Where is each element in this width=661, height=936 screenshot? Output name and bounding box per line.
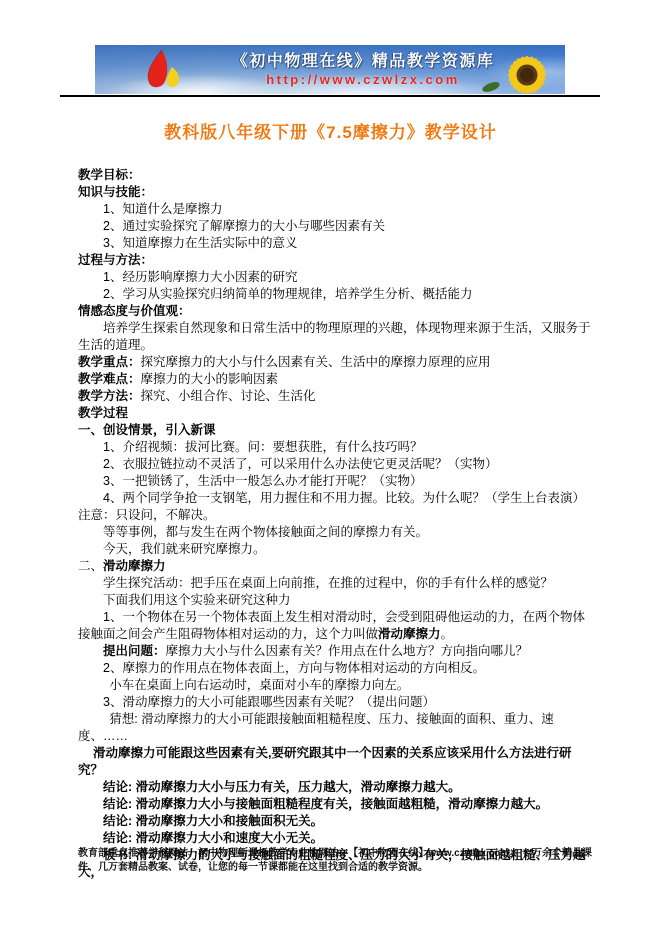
text: 3、知道摩擦力在生活实际中的意义 [103, 236, 297, 250]
site-name: 《初中物理在线》精品教学资源库 [213, 48, 513, 71]
paragraph: 4、两个同学争抢一支钢笔，用力握住和不用力握。比较。为什么呢？（学生上台表演） … [78, 490, 594, 524]
paragraph: 知识与技能： [78, 184, 594, 201]
paragraph: 教学目标： [78, 167, 594, 184]
paragraph: 2、学习从实验探究归纳简单的物理规律，培养学生分析、概括能力 [78, 286, 594, 303]
paragraph: 1、知道什么是摩擦力 [78, 201, 594, 218]
paragraph: 下面我们用这个实验来研究这种力 [78, 592, 594, 609]
bold-text: 结论: 滑动摩擦力大小与压力有关，压力越大，滑动摩擦力越大。 [103, 780, 461, 794]
text: 2、衣服拉链拉动不灵活了，可以采用什么办法使它更灵活呢？（实物） [103, 457, 497, 471]
paragraph: 结论: 滑动摩擦力大小与接触面粗糙程度有关，接触面越粗糙，滑动摩擦力越大。 [78, 796, 594, 813]
text: 探究、小组合作、讨论、生活化 [141, 389, 316, 403]
text: 4、两个同学争抢一支钢笔，用力握住和不用力握。比较。为什么呢？（学生上台表演） … [78, 491, 595, 522]
paragraph: 学生探究活动：把手压在桌面上向前推，在推的过程中，你的手有什么样的感觉？ [78, 575, 594, 592]
flame-logo-icon [131, 48, 189, 92]
text: 1、经历影响摩擦力大小因素的研究 [103, 270, 297, 284]
sunflower-icon [477, 45, 563, 94]
bold-text: 结论: 滑动摩擦力大小与接触面粗糙程度有关，接触面越粗糙，滑动摩擦力越大。 [103, 797, 548, 811]
text: 猜想: 滑动摩擦力的大小可能跟接触面粗糙程度、压力、接触面的面积、重力、速度、…… [78, 712, 554, 743]
bold-text: 教学目标： [78, 168, 141, 182]
paragraph: 滑动摩擦力可能跟这些因素有关,要研究跟其中一个因素的关系应该采用什么方法进行研究… [78, 745, 594, 779]
text: 摩擦力大小与什么因素有关？作用点在什么地方？方向指向哪儿？ [166, 644, 529, 658]
document-body: 教学目标：知识与技能：1、知道什么是摩擦力2、通过实验探究了解摩擦力的大小与哪些… [78, 167, 594, 881]
bold-text: 情感态度与价值观： [78, 304, 191, 318]
bold-text: 教学难点： [78, 372, 141, 386]
text: 2、通过实验探究了解摩擦力的大小与哪些因素有关 [103, 219, 385, 233]
paragraph: 一、创设情景，引入新课 [78, 422, 594, 439]
text: 摩擦力的大小的影响因素 [141, 372, 279, 386]
text: 等等事例，都与发生在两个物体接触面之间的摩擦力有关。 [103, 525, 428, 539]
paragraph: 提出问题：摩擦力大小与什么因素有关？作用点在什么地方？方向指向哪儿？ [78, 643, 594, 660]
paragraph: 2、通过实验探究了解摩擦力的大小与哪些因素有关 [78, 218, 594, 235]
paragraph: 等等事例，都与发生在两个物体接触面之间的摩擦力有关。 [78, 524, 594, 541]
text: 1、一个物体在另一个物体表面上发生相对滑动时，会受到阻碍他运动的力，在两个物体接… [78, 610, 585, 641]
paragraph: 1、经历影响摩擦力大小因素的研究 [78, 269, 594, 286]
text: 2、摩擦力的作用点在物体表面上，方向与物体相对运动的方向相反。 [103, 661, 485, 675]
text: 今天，我们就来研究摩擦力。 [103, 542, 266, 556]
site-banner: 《初中物理在线》精品教学资源库 http://www.czwlzx.com [95, 45, 565, 94]
text: 培养学生探索自然现象和日常生活中的物理原理的兴趣，体现物理来源于生活，又服务于生… [78, 321, 591, 352]
text: 。 [441, 627, 454, 641]
paragraph: 情感态度与价值观： [78, 303, 594, 320]
bold-text: 教学过程 [78, 406, 128, 420]
paragraph: 1、介绍视频：拔河比赛。问：要想获胜，有什么技巧吗？ [78, 439, 594, 456]
paragraph: 1、一个物体在另一个物体表面上发生相对滑动时，会受到阻碍他运动的力，在两个物体接… [78, 609, 594, 643]
bold-text: 滑动摩擦力 [378, 627, 441, 641]
bold-text: 知识与技能： [78, 185, 153, 199]
paragraph: 结论: 滑动摩擦力大小与压力有关，压力越大，滑动摩擦力越大。 [78, 779, 594, 796]
bold-text: 结论: 滑动摩擦力大小和接触面积无关。 [103, 814, 323, 828]
paragraph: 猜想: 滑动摩擦力的大小可能跟接触面粗糙程度、压力、接触面的面积、重力、速度、…… [78, 711, 594, 745]
paragraph: 3、滑动摩擦力的大小可能跟哪些因素有关呢？（提出问题） [78, 694, 594, 711]
text: 探究摩擦力的大小与什么因素有关、生活中的摩擦力原理的应用 [141, 355, 491, 369]
bold-text: 滑动摩擦力可能跟这些因素有关,要研究跟其中一个因素的关系应该采用什么方法进行研究… [78, 746, 571, 777]
paragraph: 二、滑动摩擦力 [78, 558, 594, 575]
site-url: http://www.czwlzx.com [213, 72, 513, 87]
paragraph: 教学方法：探究、小组合作、讨论、生活化 [78, 388, 594, 405]
bold-text: 滑动摩擦力 [103, 559, 166, 573]
paragraph: 3、知道摩擦力在生活实际中的意义 [78, 235, 594, 252]
bold-text: 教学重点： [78, 355, 141, 369]
paragraph: 小车在桌面上向右运动时，桌面对小车的摩擦力向左。 [78, 677, 594, 694]
paragraph: 2、衣服拉链拉动不灵活了，可以采用什么办法使它更灵活呢？（实物） [78, 456, 594, 473]
paragraph: 教学难点：摩擦力的大小的影响因素 [78, 371, 594, 388]
text: 3、滑动摩擦力的大小可能跟哪些因素有关呢？（提出问题） [103, 695, 435, 709]
bold-text: 一、创设情景，引入新课 [78, 423, 216, 437]
text: 小车在桌面上向右运动时，桌面对小车的摩擦力向左。 [109, 678, 409, 692]
text: 3、一把锁锈了，生活中一般怎么办才能打开呢？（实物） [103, 474, 422, 488]
bold-text: 教学方法： [78, 389, 141, 403]
paragraph: 过程与方法： [78, 252, 594, 269]
paragraph: 今天，我们就来研究摩擦力。 [78, 541, 594, 558]
bold-text: 结论: 滑动摩擦力大小和速度大小无关。 [103, 831, 323, 845]
footer-note: 教育部重点推荐学科网站、初中物理新课标教学专业性网站---【初中物理在线】www… [78, 847, 592, 875]
header-divider [60, 95, 600, 97]
paragraph: 教学过程 [78, 405, 594, 422]
text: 下面我们用这个实验来研究这种力 [103, 593, 291, 607]
paragraph: 结论: 滑动摩擦力大小和速度大小无关。 [78, 830, 594, 847]
paragraph: 结论: 滑动摩擦力大小和接触面积无关。 [78, 813, 594, 830]
text: 二、 [78, 559, 103, 573]
paragraph: 教学重点：探究摩擦力的大小与什么因素有关、生活中的摩擦力原理的应用 [78, 354, 594, 371]
text: 1、知道什么是摩擦力 [103, 202, 222, 216]
page-title: 教科版八年级下册《7.5摩擦力》教学设计 [0, 118, 661, 143]
paragraph: 2、摩擦力的作用点在物体表面上，方向与物体相对运动的方向相反。 [78, 660, 594, 677]
banner-text: 《初中物理在线》精品教学资源库 http://www.czwlzx.com [213, 48, 513, 87]
bold-text: 过程与方法： [78, 253, 153, 267]
text: 1、介绍视频：拔河比赛。问：要想获胜，有什么技巧吗？ [103, 440, 422, 454]
paragraph: 3、一把锁锈了，生活中一般怎么办才能打开呢？（实物） [78, 473, 594, 490]
document-page: 《初中物理在线》精品教学资源库 http://www.czwlzx.com [0, 0, 661, 936]
paragraph: 培养学生探索自然现象和日常生活中的物理原理的兴趣，体现物理来源于生活，又服务于生… [78, 320, 594, 354]
text: 学生探究活动：把手压在桌面上向前推，在推的过程中，你的手有什么样的感觉？ [103, 576, 553, 590]
text: 2、学习从实验探究归纳简单的物理规律，培养学生分析、概括能力 [103, 287, 472, 301]
bold-text: 提出问题： [103, 644, 166, 658]
